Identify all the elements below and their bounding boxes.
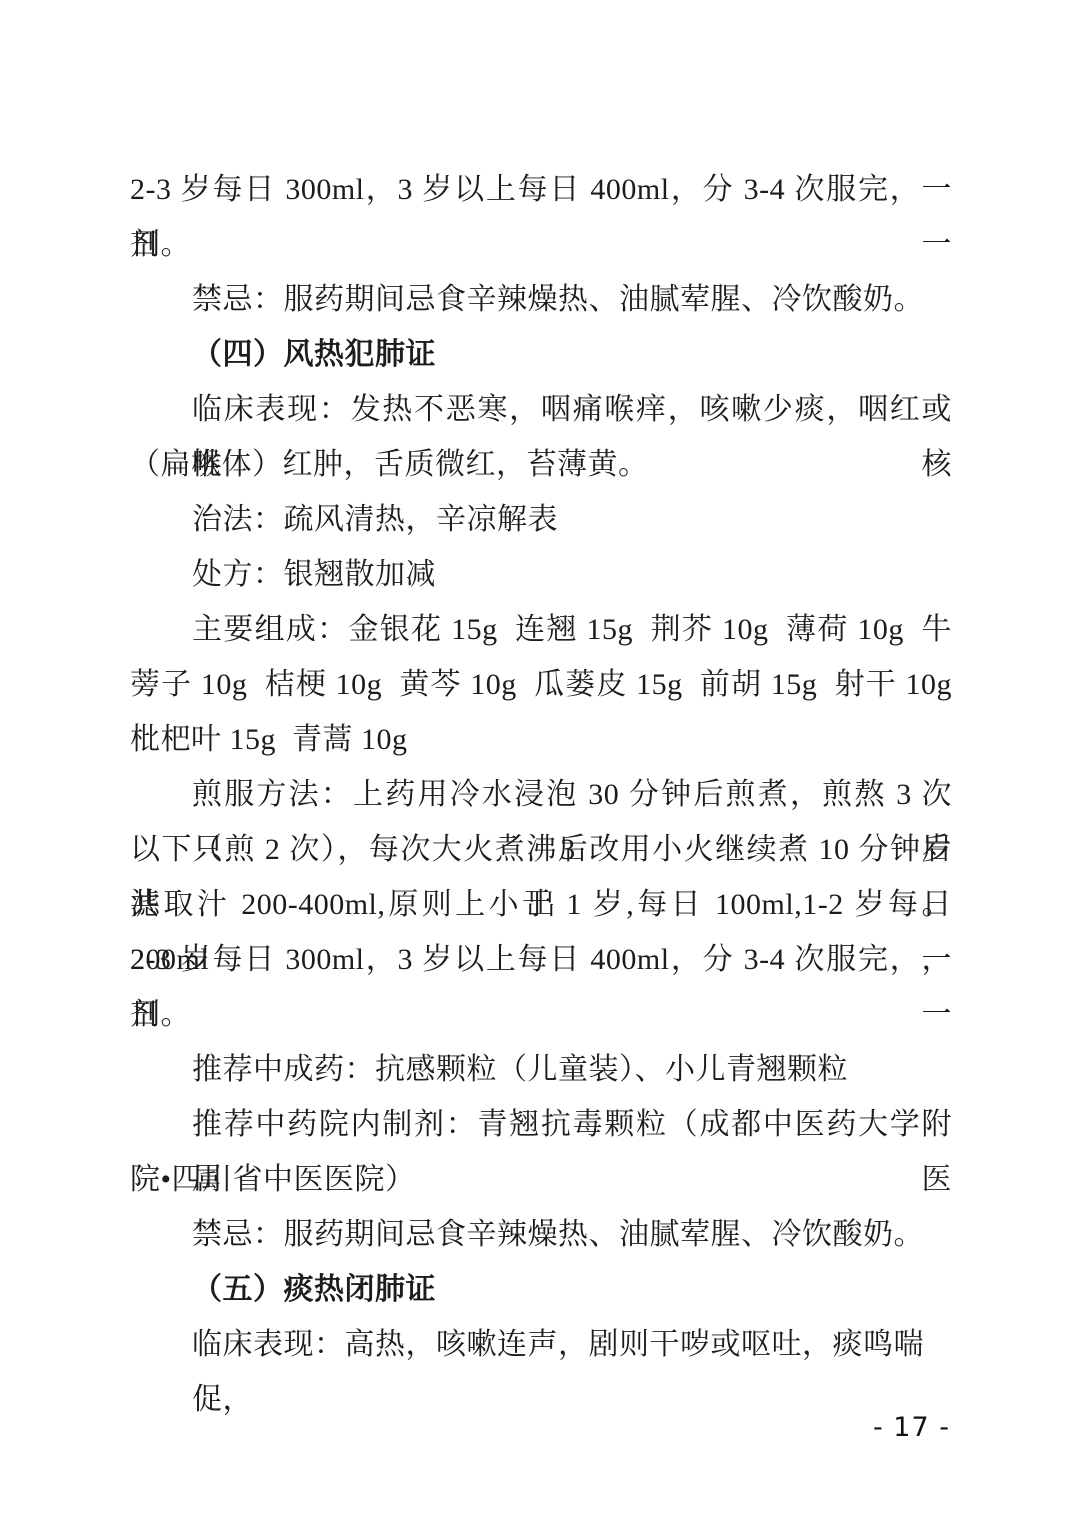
text-line: 共取汁 200-400ml,原则上小于 1 岁,每日 100ml,1-2 岁每日… [130, 877, 952, 932]
section-heading: （五）痰热闭肺证 [130, 1262, 952, 1317]
section-heading: （四）风热犯肺证 [130, 327, 952, 382]
text-line: 临床表现：发热不恶寒，咽痛喉痒，咳嗽少痰，咽红或喉核 [130, 382, 952, 437]
text-line: 处方：银翘散加减 [130, 547, 952, 602]
text-line: 以下只煎 2 次），每次大火煮沸后改用小火继续煮 10 分钟后滤出。 [130, 822, 952, 877]
text-line: 枇杷叶 15g 青蒿 10g [130, 712, 952, 767]
text-line: 禁忌：服药期间忌食辛辣燥热、油腻荤腥、冷饮酸奶。 [130, 272, 952, 327]
text-line: 2-3 岁每日 300ml，3 岁以上每日 400ml，分 3-4 次服完，一日… [130, 162, 952, 217]
document-page: 2-3 岁每日 300ml，3 岁以上每日 400ml，分 3-4 次服完，一日… [0, 0, 1080, 1528]
page-number: - 17 - [873, 1412, 950, 1443]
text-line: 推荐中药院内制剂：青翘抗毒颗粒（成都中医药大学附属医 [130, 1097, 952, 1152]
text-line: 2-3 岁每日 300ml，3 岁以上每日 400ml，分 3-4 次服完，一日… [130, 932, 952, 987]
text-line: 主要组成：金银花 15g 连翘 15g 荆芥 10g 薄荷 10g 牛 [130, 602, 952, 657]
text-line: 禁忌：服药期间忌食辛辣燥热、油腻荤腥、冷饮酸奶。 [130, 1207, 952, 1262]
text-line: 煎服方法：上药用冷水浸泡 30 分钟后煎煮，煎熬 3 次（3 岁 [130, 767, 952, 822]
text-line: 推荐中成药：抗感颗粒（儿童装）、小儿青翘颗粒 [130, 1042, 952, 1097]
text-line: 临床表现：高热，咳嗽连声，剧则干哕或呕吐，痰鸣喘促， [130, 1317, 952, 1372]
page-content: 2-3 岁每日 300ml，3 岁以上每日 400ml，分 3-4 次服完，一日… [130, 162, 952, 1372]
text-line: 治法：疏风清热，辛凉解表 [130, 492, 952, 547]
text-line: 蒡子 10g 桔梗 10g 黄芩 10g 瓜蒌皮 15g 前胡 15g 射干 1… [130, 657, 952, 712]
